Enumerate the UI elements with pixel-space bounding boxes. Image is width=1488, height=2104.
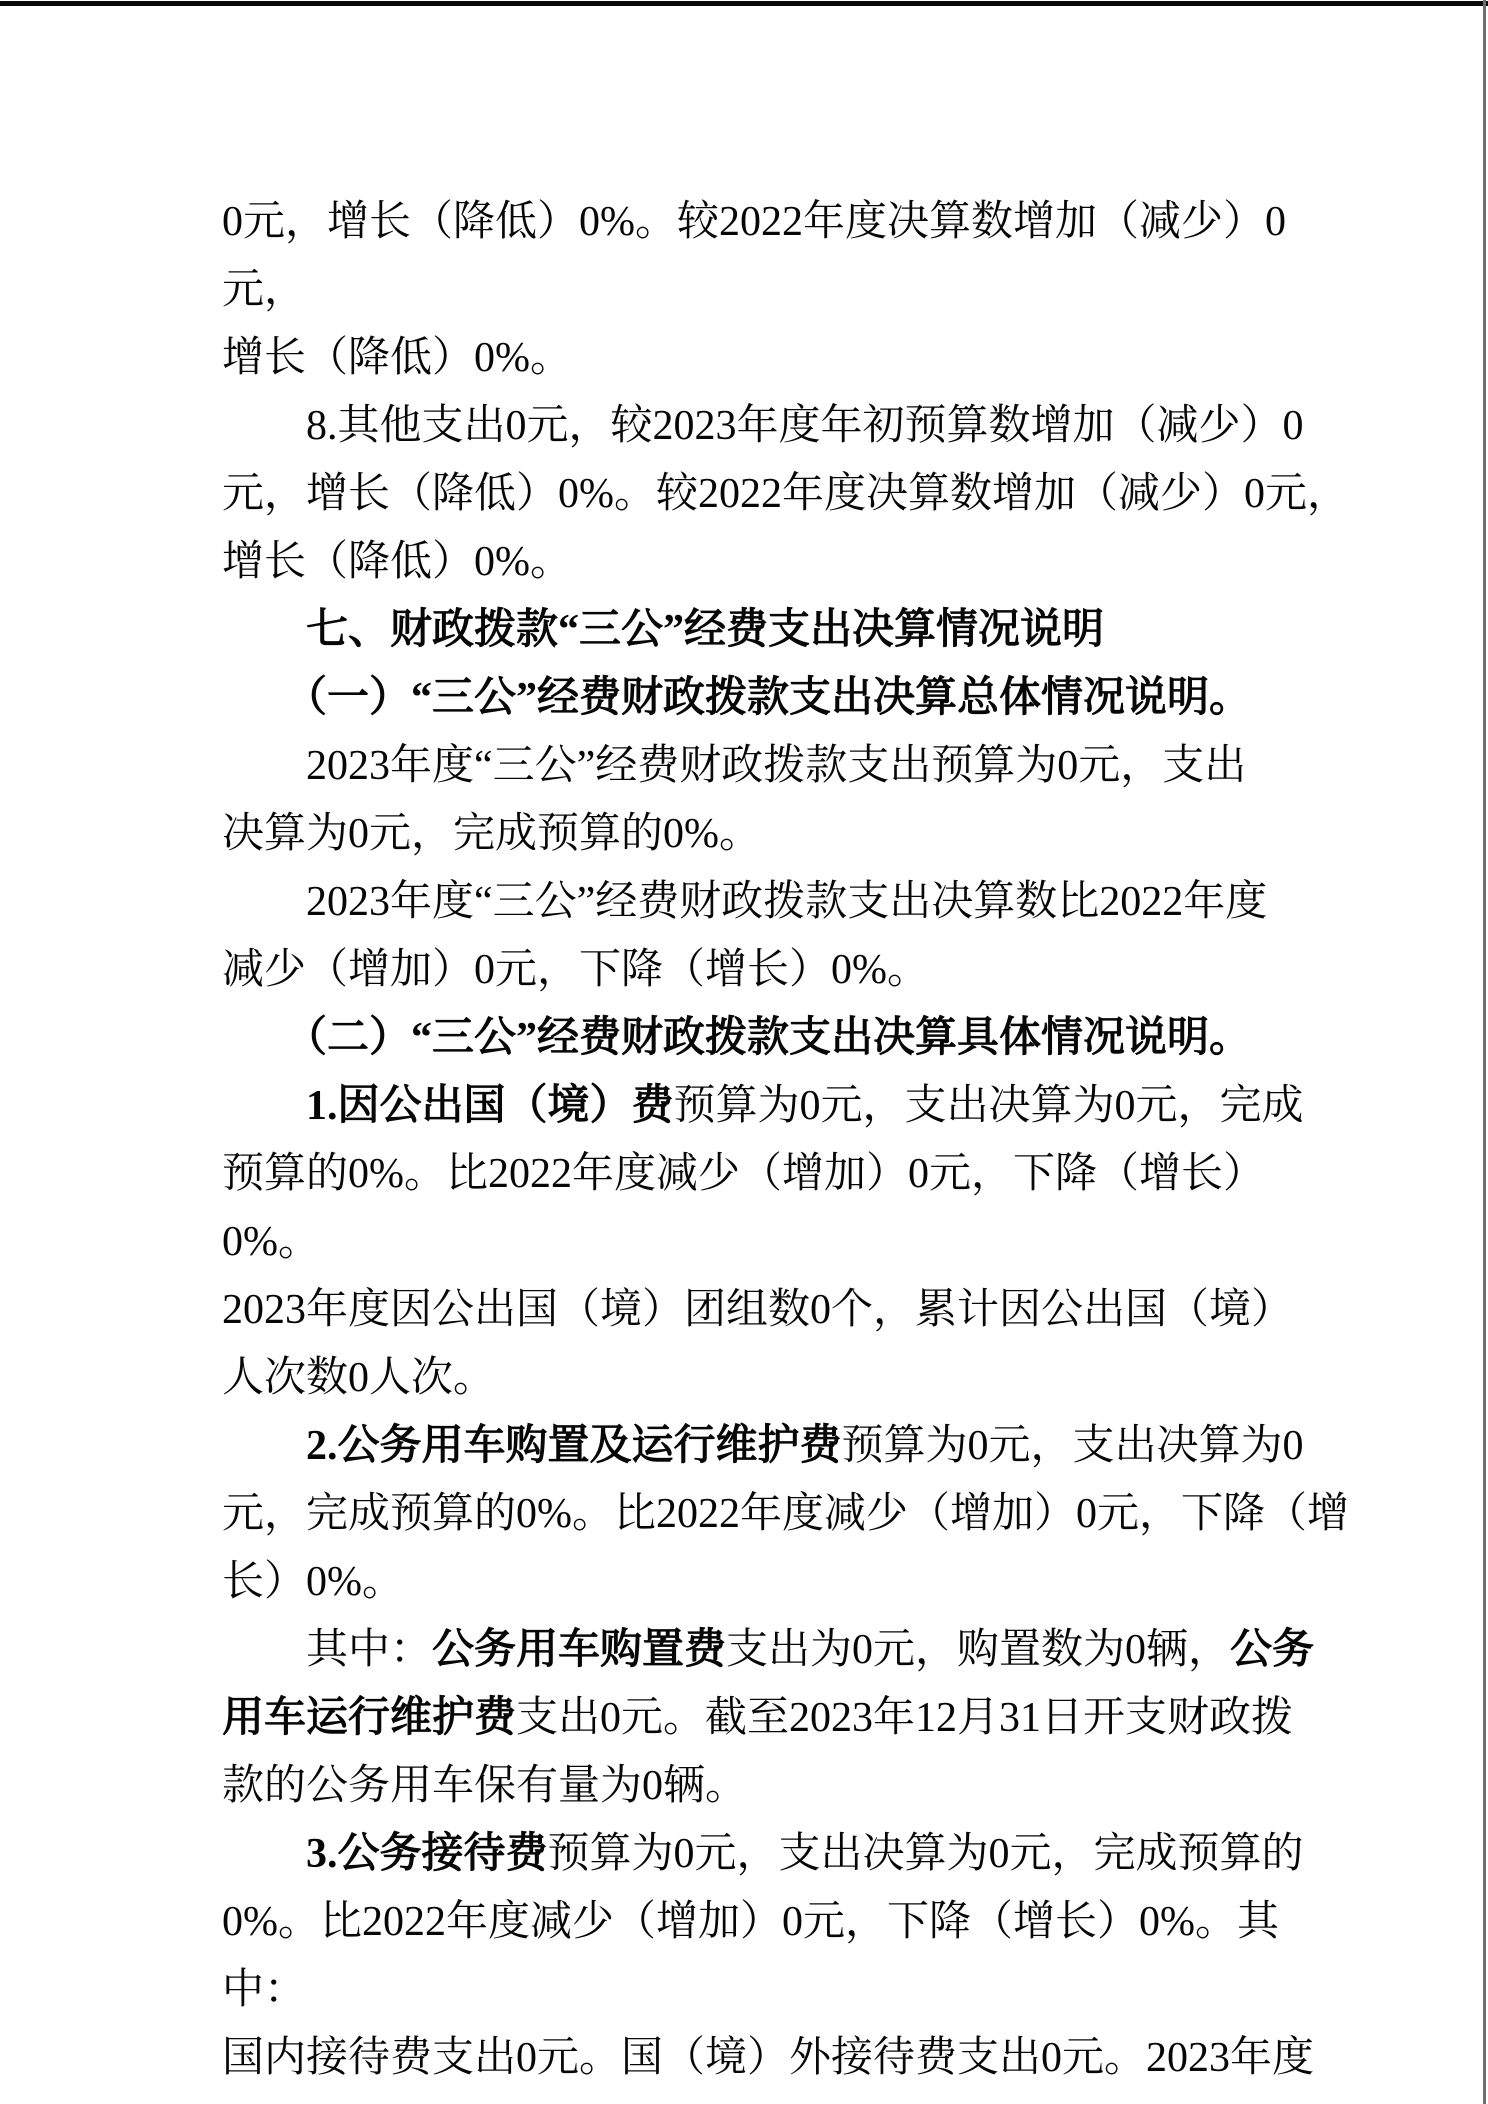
text-run: 其中： <box>222 1627 432 1673</box>
heading-sub1-overall-situation: （一）“三公”经费财政拨款支出决算总体情况说明。 <box>222 664 1362 732</box>
text-run: 1.因公出国（境）费 <box>306 1083 674 1129</box>
text-run <box>222 1423 306 1469</box>
para-item7-continuation: 0元，增长（降低）0%。较2022年度决算数增加（减少）0元， 增长（降低）0%… <box>222 188 1362 392</box>
text-run: 3.公务接待费 <box>306 1831 548 1877</box>
text-run <box>222 1083 306 1129</box>
heading-sub2-specific-situation: （二）“三公”经费财政拨款支出决算具体情况说明。 <box>222 1004 1362 1072</box>
text-run: （二）“三公”经费财政拨款支出决算具体情况说明。 <box>222 1015 1251 1061</box>
document-body: 0元，增长（降低）0%。较2022年度决算数增加（减少）0元， 增长（降低）0%… <box>222 188 1362 2092</box>
para-sangong-vs-2022: 2023年度“三公”经费财政拨款支出决算数比2022年度 减少（增加）0元，下降… <box>222 868 1362 1004</box>
text-run: 2.公务用车购置及运行维护费 <box>306 1423 842 1469</box>
para-item3-reception-expense: 3.公务接待费预算为0元，支出决算为0元，完成预算的 0%。比2022年度减少（… <box>222 1820 1362 2092</box>
text-run <box>222 1831 306 1877</box>
para-vehicle-detail: 其中：公务用车购置费支出为0元，购置数为0辆，公务 用车运行维护费支出0元。截至… <box>222 1616 1362 1820</box>
text-run: 七、财政拨款“三公”经费支出决算情况说明 <box>222 607 1104 653</box>
para-item2-vehicle-expense: 2.公务用车购置及运行维护费预算为0元，支出决算为0 元，完成预算的0%。比20… <box>222 1412 1362 1616</box>
text-run: 8.其他支出0元，较2023年度年初预算数增加（减少）0 元，增长（降低）0%。… <box>222 403 1349 585</box>
text-run: （一）“三公”经费财政拨款支出决算总体情况说明。 <box>222 675 1251 721</box>
text-run: 公务用车购置费 <box>432 1627 726 1673</box>
heading-section7-sangong-funds: 七、财政拨款“三公”经费支出决算情况说明 <box>222 596 1362 664</box>
page-right-border <box>1483 0 1486 2104</box>
para-sangong-budget-total: 2023年度“三公”经费财政拨款支出预算为0元，支出 决算为0元，完成预算的0%… <box>222 732 1362 868</box>
text-run: 支出为0元，购置数为0辆， <box>726 1627 1230 1673</box>
text-run: 2023年度“三公”经费财政拨款支出预算为0元，支出 决算为0元，完成预算的0%… <box>222 743 1246 857</box>
text-run: 预算为0元，支出决算为0元，完成 预算的0%。比2022年度减少（增加）0元，下… <box>222 1083 1304 1401</box>
para-item1-abroad-expense: 1.因公出国（境）费预算为0元，支出决算为0元，完成 预算的0%。比2022年度… <box>222 1072 1362 1412</box>
para-item8-other-expense: 8.其他支出0元，较2023年度年初预算数增加（减少）0 元，增长（降低）0%。… <box>222 392 1362 596</box>
page-top-border <box>0 1 1488 6</box>
text-run: 2023年度“三公”经费财政拨款支出决算数比2022年度 减少（增加）0元，下降… <box>222 879 1267 993</box>
text-run: 0元，增长（降低）0%。较2022年度决算数增加（减少）0元， 增长（降低）0%… <box>222 199 1286 381</box>
